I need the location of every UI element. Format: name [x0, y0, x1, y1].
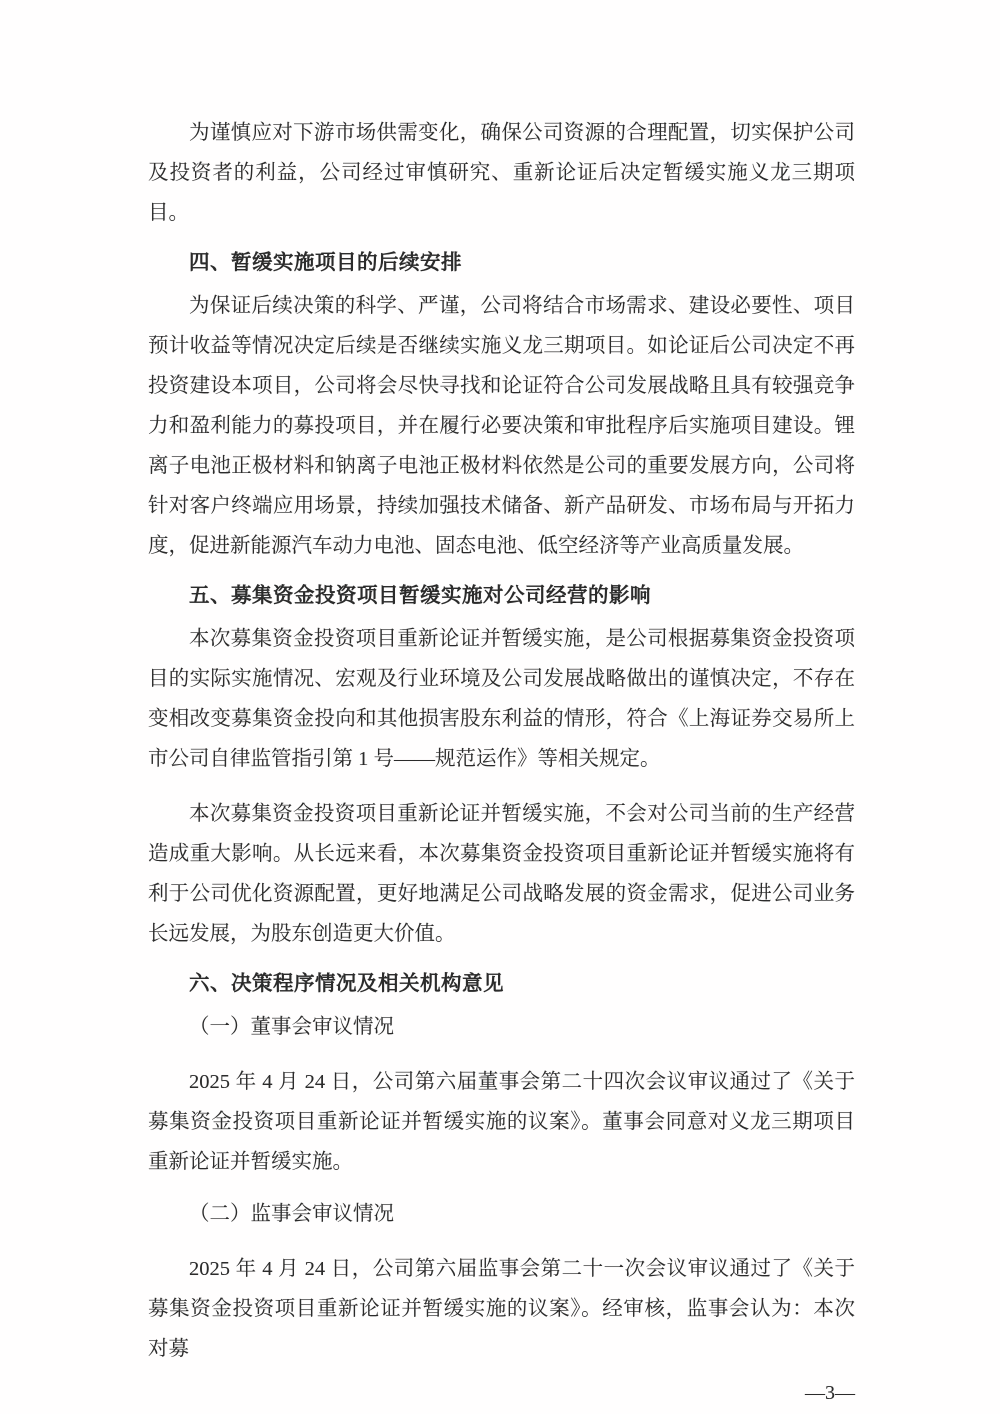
heading-section-5: 五、募集资金投资项目暂缓实施对公司经营的影响: [148, 576, 855, 616]
subheading-supervisory-review: （二）监事会审议情况: [148, 1194, 855, 1234]
para-impact-longterm: 本次募集资金投资项目重新论证并暂缓实施，不会对公司当前的生产经营造成重大影响。从…: [148, 794, 855, 954]
para-board-resolution: 2025 年 4 月 24 日，公司第六届董事会第二十四次会议审议通过了《关于募…: [148, 1062, 855, 1182]
heading-section-6: 六、决策程序情况及相关机构意见: [148, 964, 855, 1004]
document-content: 为谨慎应对下游市场供需变化，确保公司资源的合理配置，切实保护公司及投资者的利益，…: [148, 113, 855, 1369]
document-page: 为谨慎应对下游市场供需变化，确保公司资源的合理配置，切实保护公司及投资者的利益，…: [0, 0, 1000, 1414]
para-impact-compliance: 本次募集资金投资项目重新论证并暂缓实施，是公司根据募集资金投资项目的实际实施情况…: [148, 619, 855, 779]
para-pause-decision: 为谨慎应对下游市场供需变化，确保公司资源的合理配置，切实保护公司及投资者的利益，…: [148, 113, 855, 233]
heading-section-4: 四、暂缓实施项目的后续安排: [148, 243, 855, 283]
para-followup-arrangement: 为保证后续决策的科学、严谨，公司将结合市场需求、建设必要性、项目预计收益等情况决…: [148, 286, 855, 566]
para-supervisory-resolution: 2025 年 4 月 24 日，公司第六届监事会第二十一次会议审议通过了《关于募…: [148, 1249, 855, 1369]
subheading-board-review: （一）董事会审议情况: [148, 1007, 855, 1047]
page-number: —3—: [148, 1373, 855, 1413]
